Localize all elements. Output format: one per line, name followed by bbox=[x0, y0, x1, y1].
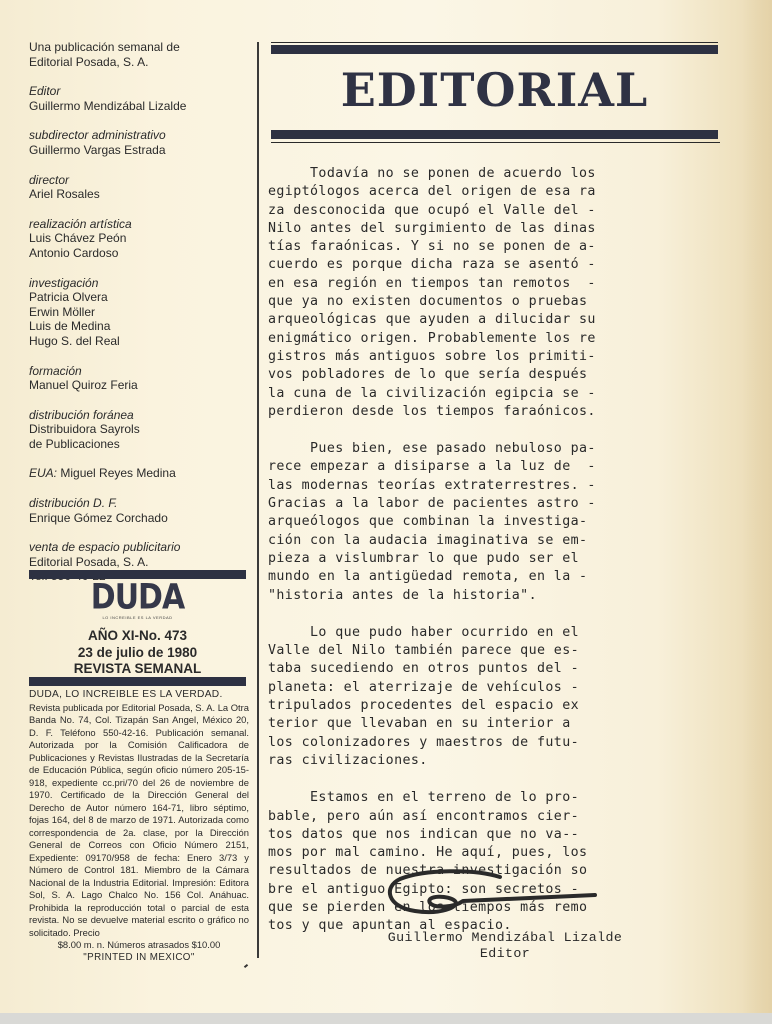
editorial-paragraph: Pues bien, ese pasado nebuloso pa-rece e… bbox=[268, 440, 648, 605]
text-line: ción con la audacia imaginativa se em- bbox=[268, 532, 648, 550]
scan-mark bbox=[244, 964, 248, 968]
text-line: za desconocida que ocupó el Valle del - bbox=[268, 202, 648, 220]
text-line: bable, pero aún así encontramos cier- bbox=[268, 808, 648, 826]
text-line: arqueológicas que ayuden a dilucidar su bbox=[268, 311, 648, 329]
credits-list: EditorGuillermo Mendizábal Lizaldesubdir… bbox=[29, 84, 249, 584]
text-line: gistros más antiguos sobre los primiti- bbox=[268, 348, 648, 366]
text-line: Lo que pudo haber ocurrido en el bbox=[268, 624, 648, 642]
signer-name: Guillermo Mendizábal Lizalde bbox=[360, 930, 650, 946]
signature-icon bbox=[385, 865, 605, 925]
text-line: mos por mal camino. He aquí, pues, los bbox=[268, 844, 648, 862]
credit-role: formación bbox=[29, 364, 249, 379]
text-line: en esa región en tiempos tan remotos - bbox=[268, 275, 648, 293]
credit-name: Enrique Gómez Corchado bbox=[29, 511, 249, 526]
text-line: las modernas teorías extraterrestres. - bbox=[268, 477, 648, 495]
credit-name: Erwin Möller bbox=[29, 305, 249, 320]
issue-number: AÑO XI-No. 473 bbox=[29, 628, 246, 645]
credit-role: distribución foránea bbox=[29, 408, 249, 423]
credit-block: distribución foráneaDistribuidora Sayrol… bbox=[29, 408, 249, 452]
text-line: taba sucediendo en otros puntos del - bbox=[268, 660, 648, 678]
column-divider bbox=[257, 42, 259, 958]
text-line: tos datos que nos indican que no va-- bbox=[268, 826, 648, 844]
editorial-title: EDITORIAL bbox=[271, 62, 718, 118]
title-bar-top bbox=[271, 45, 718, 54]
credit-role: Editor bbox=[29, 84, 249, 99]
credit-name: Editorial Posada, S. A. bbox=[29, 555, 249, 570]
credit-name: de Publicaciones bbox=[29, 437, 249, 452]
text-line: arqueólogos que combinan la investiga- bbox=[268, 513, 648, 531]
text-line: Gracias a la labor de pacientes astro - bbox=[268, 495, 648, 513]
credit-name: Distribuidora Sayrols bbox=[29, 422, 249, 437]
text-line: que ya no existen documentos o pruebas bbox=[268, 293, 648, 311]
printed-in-mexico: "PRINTED IN MEXICO" bbox=[29, 952, 249, 965]
signer-block: Guillermo Mendizábal Lizalde Editor bbox=[360, 930, 650, 962]
credit-name: Guillermo Mendizábal Lizalde bbox=[29, 99, 249, 114]
text-line: enigmático origen. Probablemente los re bbox=[268, 330, 648, 348]
credit-role: investigación bbox=[29, 276, 249, 291]
credit-role: EUA: bbox=[29, 466, 57, 480]
text-line: Pues bien, ese pasado nebuloso pa- bbox=[268, 440, 648, 458]
intro-line: Editorial Posada, S. A. bbox=[29, 55, 249, 70]
credit-block: realización artísticaLuis Chávez PeónAnt… bbox=[29, 217, 249, 261]
credit-role: distribución D. F. bbox=[29, 496, 249, 511]
credit-block: directorAriel Rosales bbox=[29, 173, 249, 202]
text-line: egiptólogos acerca del origen de esa ra bbox=[268, 183, 648, 201]
text-line: terior que llevaban en su interior a bbox=[268, 715, 648, 733]
text-line: rece empezar a disiparse a la luz de - bbox=[268, 458, 648, 476]
text-line: cuerdo es porque dicha raza se asentó - bbox=[268, 256, 648, 274]
credit-name: Antonio Cardoso bbox=[29, 246, 249, 261]
text-line: pieza a vislumbrar lo que pudo ser el bbox=[268, 550, 648, 568]
editorial-body: Todavía no se ponen de acuerdo losegiptó… bbox=[268, 165, 648, 955]
credit-name: Guillermo Vargas Estrada bbox=[29, 143, 249, 158]
text-line: tías faraónicas. Y si no se ponen de a- bbox=[268, 238, 648, 256]
credit-name: Luis Chávez Peón bbox=[29, 231, 249, 246]
credit-block: investigaciónPatricia OlveraErwin Möller… bbox=[29, 276, 249, 349]
credit-name: Manuel Quiroz Feria bbox=[29, 378, 249, 393]
text-line: "historia antes de la historia". bbox=[268, 587, 648, 605]
text-line: ras civilizaciones. bbox=[268, 752, 648, 770]
title-rule-thin-top bbox=[271, 42, 718, 43]
credit-name: Miguel Reyes Medina bbox=[60, 466, 175, 480]
legal-price: $8.00 m. n. Números atrasados $10.00 bbox=[29, 939, 249, 952]
issue-type: REVISTA SEMANAL bbox=[29, 661, 246, 678]
signer-title: Editor bbox=[360, 946, 650, 962]
credit-role: subdirector administrativo bbox=[29, 128, 249, 143]
masthead: Una publicación semanal de Editorial Pos… bbox=[29, 40, 249, 599]
text-line: los colonizadores y maestros de futu- bbox=[268, 734, 648, 752]
credit-block: subdirector administrativoGuillermo Varg… bbox=[29, 128, 249, 157]
credit-block: EUA: Miguel Reyes Medina bbox=[29, 466, 249, 481]
duda-logo: DUDA LO INCREIBLE ES LA VERDAD bbox=[29, 583, 246, 620]
masthead-intro: Una publicación semanal de Editorial Pos… bbox=[29, 40, 249, 69]
credit-name: Ariel Rosales bbox=[29, 187, 249, 202]
logo-wordmark: DUDA bbox=[91, 581, 184, 616]
text-line: planeta: el aterrizaje de vehículos - bbox=[268, 679, 648, 697]
credit-role: venta de espacio publicitario bbox=[29, 540, 249, 555]
legal-heading: DUDA, LO INCREIBLE ES LA VERDAD. bbox=[29, 689, 249, 702]
intro-line: Una publicación semanal de bbox=[29, 40, 249, 55]
text-line: perdieron desde los tiempos faraónicos. bbox=[268, 403, 648, 421]
credit-block: EditorGuillermo Mendizábal Lizalde bbox=[29, 84, 249, 113]
credit-name: Patricia Olvera bbox=[29, 290, 249, 305]
credit-block: distribución D. F.Enrique Gómez Corchado bbox=[29, 496, 249, 525]
credit-role: director bbox=[29, 173, 249, 188]
credit-name: Luis de Medina bbox=[29, 319, 249, 334]
text-line: tripulados procedentes del espacio ex bbox=[268, 697, 648, 715]
text-line: Todavía no se ponen de acuerdo los bbox=[268, 165, 648, 183]
credit-name: Hugo S. del Real bbox=[29, 334, 249, 349]
title-bar-bottom bbox=[271, 130, 718, 139]
legal-notice: DUDA, LO INCREIBLE ES LA VERDAD. Revista… bbox=[29, 689, 249, 964]
text-line: Estamos en el terreno de lo pro- bbox=[268, 789, 648, 807]
title-rule-thin-bottom bbox=[271, 142, 720, 143]
credit-role: realización artística bbox=[29, 217, 249, 232]
text-line: Valle del Nilo también parece que es- bbox=[268, 642, 648, 660]
text-line: la cuna de la civilización egipcia se - bbox=[268, 385, 648, 403]
magazine-page: Una publicación semanal de Editorial Pos… bbox=[0, 0, 772, 1013]
masthead-bar-bottom bbox=[29, 677, 246, 686]
editorial-paragraph: Todavía no se ponen de acuerdo losegiptó… bbox=[268, 165, 648, 421]
text-line: mundo en la antigüedad remota, en la - bbox=[268, 568, 648, 586]
text-line: Nilo antes del surgimiento de las dinas bbox=[268, 220, 648, 238]
text-line: vos pobladores de lo que sería después bbox=[268, 366, 648, 384]
issue-date: 23 de julio de 1980 bbox=[29, 645, 246, 662]
credit-block: formaciónManuel Quiroz Feria bbox=[29, 364, 249, 393]
legal-body: Revista publicada por Editorial Posada, … bbox=[29, 702, 249, 938]
editorial-paragraph: Lo que pudo haber ocurrido en elValle de… bbox=[268, 624, 648, 770]
issue-info: AÑO XI-No. 473 23 de julio de 1980 REVIS… bbox=[29, 628, 246, 678]
